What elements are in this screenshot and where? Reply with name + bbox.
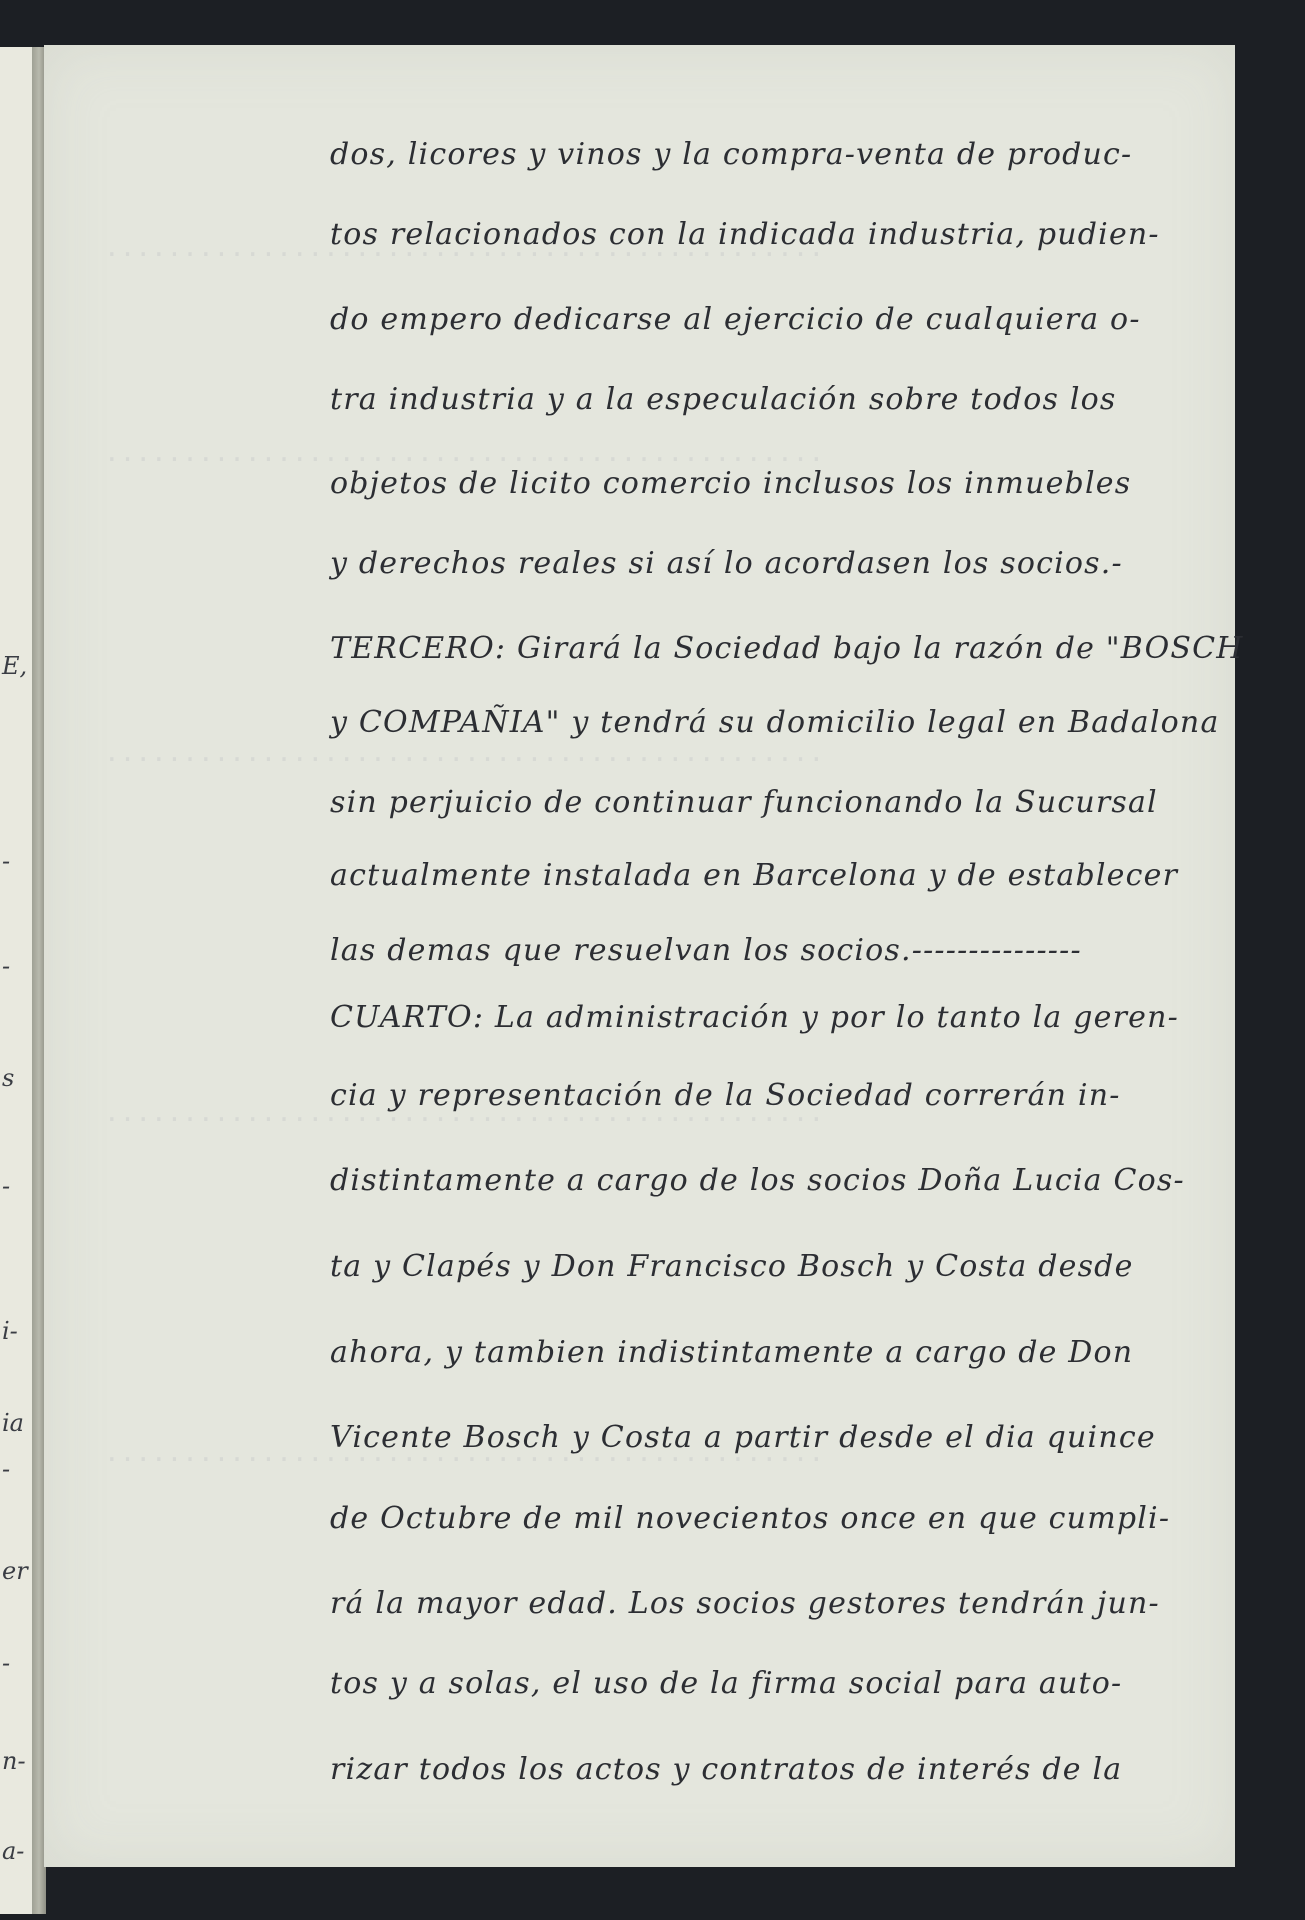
adjacent-fragment: s bbox=[2, 1064, 14, 1092]
adjacent-fragment: i- bbox=[2, 1317, 18, 1345]
adjacent-page-edge: E, - - s - i- ia - er - n- a- bbox=[0, 47, 32, 1914]
adjacent-fragment: n- bbox=[2, 1747, 26, 1775]
adjacent-fragment: - bbox=[2, 1172, 10, 1200]
text-line: rá la mayor edad. Los socios gestores te… bbox=[330, 1586, 1160, 1621]
text-line: rizar todos los actos y contratos de int… bbox=[330, 1752, 1122, 1787]
adjacent-fragment: er bbox=[2, 1557, 28, 1585]
text-line: dos, licores y vinos y la compra-venta d… bbox=[330, 137, 1132, 172]
text-line: actualmente instalada en Barcelona y de … bbox=[330, 858, 1178, 893]
section-heading-cuarto: CUARTO: La administración y por lo tanto… bbox=[330, 1000, 1179, 1035]
text-line: tos y a solas, el uso de la firma social… bbox=[330, 1666, 1122, 1701]
text-line: objetos de licito comercio inclusos los … bbox=[330, 466, 1131, 501]
text-line: distintamente a cargo de los socios Doña… bbox=[330, 1163, 1185, 1198]
adjacent-fragment: - bbox=[2, 1649, 10, 1677]
text-line: do empero dedicarse al ejercicio de cual… bbox=[330, 302, 1141, 337]
text-line: sin perjuicio de continuar funcionando l… bbox=[330, 785, 1158, 820]
text-line: las demas que resuelvan los socios.-----… bbox=[330, 933, 1082, 968]
section-heading-tercero: TERCERO: Girará la Sociedad bajo la razó… bbox=[330, 631, 1244, 666]
adjacent-fragment: a- bbox=[2, 1837, 24, 1865]
text-line: y derechos reales si así lo acordasen lo… bbox=[330, 546, 1123, 581]
adjacent-fragment: - bbox=[2, 952, 10, 980]
text-line: y COMPAÑIA" y tendrá su domicilio legal … bbox=[330, 705, 1220, 740]
adjacent-fragment: - bbox=[2, 1455, 10, 1483]
adjacent-fragment: - bbox=[2, 847, 10, 875]
text-line: ta y Clapés y Don Francisco Bosch y Cost… bbox=[330, 1249, 1134, 1284]
bleed-through: ········································… bbox=[104, 745, 824, 775]
text-line: Vicente Bosch y Costa a partir desde el … bbox=[330, 1420, 1156, 1455]
adjacent-fragment: E, bbox=[2, 652, 27, 680]
text-line: ahora, y tambien indistintamente a cargo… bbox=[330, 1335, 1133, 1370]
text-line: de Octubre de mil novecientos once en qu… bbox=[330, 1501, 1170, 1536]
text-line: tos relacionados con la indicada industr… bbox=[330, 217, 1160, 252]
adjacent-fragment: ia bbox=[2, 1409, 24, 1437]
document-page: ········································… bbox=[44, 45, 1235, 1867]
text-line: tra industria y a la especulación sobre … bbox=[330, 382, 1116, 417]
text-line: cia y representación de la Sociedad corr… bbox=[330, 1078, 1121, 1113]
